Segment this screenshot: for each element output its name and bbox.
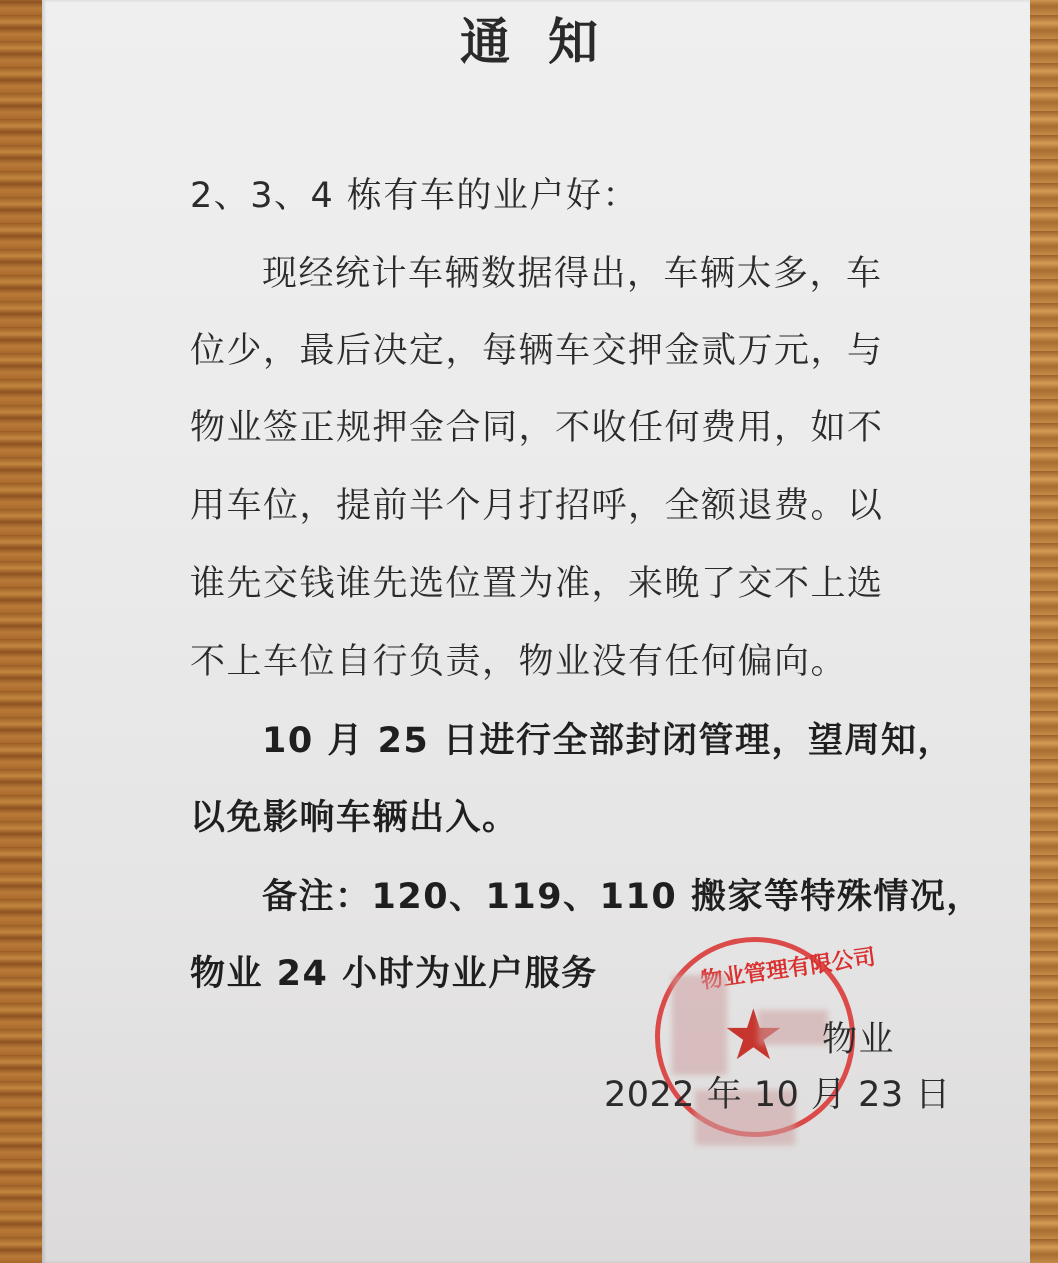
wood-table-right xyxy=(1030,0,1058,1263)
salutation: 2、3、4 栋有车的业户好： xyxy=(190,168,639,218)
body-line-1: 现经统计车辆数据得出，车辆太多，车 xyxy=(262,246,883,296)
wood-table-left xyxy=(0,0,42,1263)
note-line-2: 物业 24 小时为业户服务 xyxy=(190,946,598,996)
closure-line-1: 10 月 25 日进行全部封闭管理，望周知， xyxy=(262,713,954,763)
redaction-name xyxy=(758,1010,828,1045)
body-line-6: 不上车位自行负责，物业没有任何偏向。 xyxy=(190,634,847,684)
notice-date: 2022 年 10 月 23 日 xyxy=(604,1067,951,1117)
closure-line-2: 以免影响车辆出入。 xyxy=(190,790,519,840)
body-line-5: 谁先交钱谁先选位置为准，来晚了交不上选 xyxy=(190,556,884,606)
body-line-2: 位少，最后决定，每辆车交押金贰万元，与 xyxy=(190,323,884,373)
body-line-3: 物业签正规押金合同，不收任何费用，如不 xyxy=(190,400,884,450)
signature: 物业 xyxy=(822,1012,895,1062)
redaction-left xyxy=(672,975,727,1075)
body-line-4: 用车位，提前半个月打招呼，全额退费。以 xyxy=(190,478,884,528)
note-line-1: 备注：120、119、110 搬家等特殊情况， xyxy=(262,869,983,919)
notice-title: 通知 xyxy=(0,2,1058,74)
